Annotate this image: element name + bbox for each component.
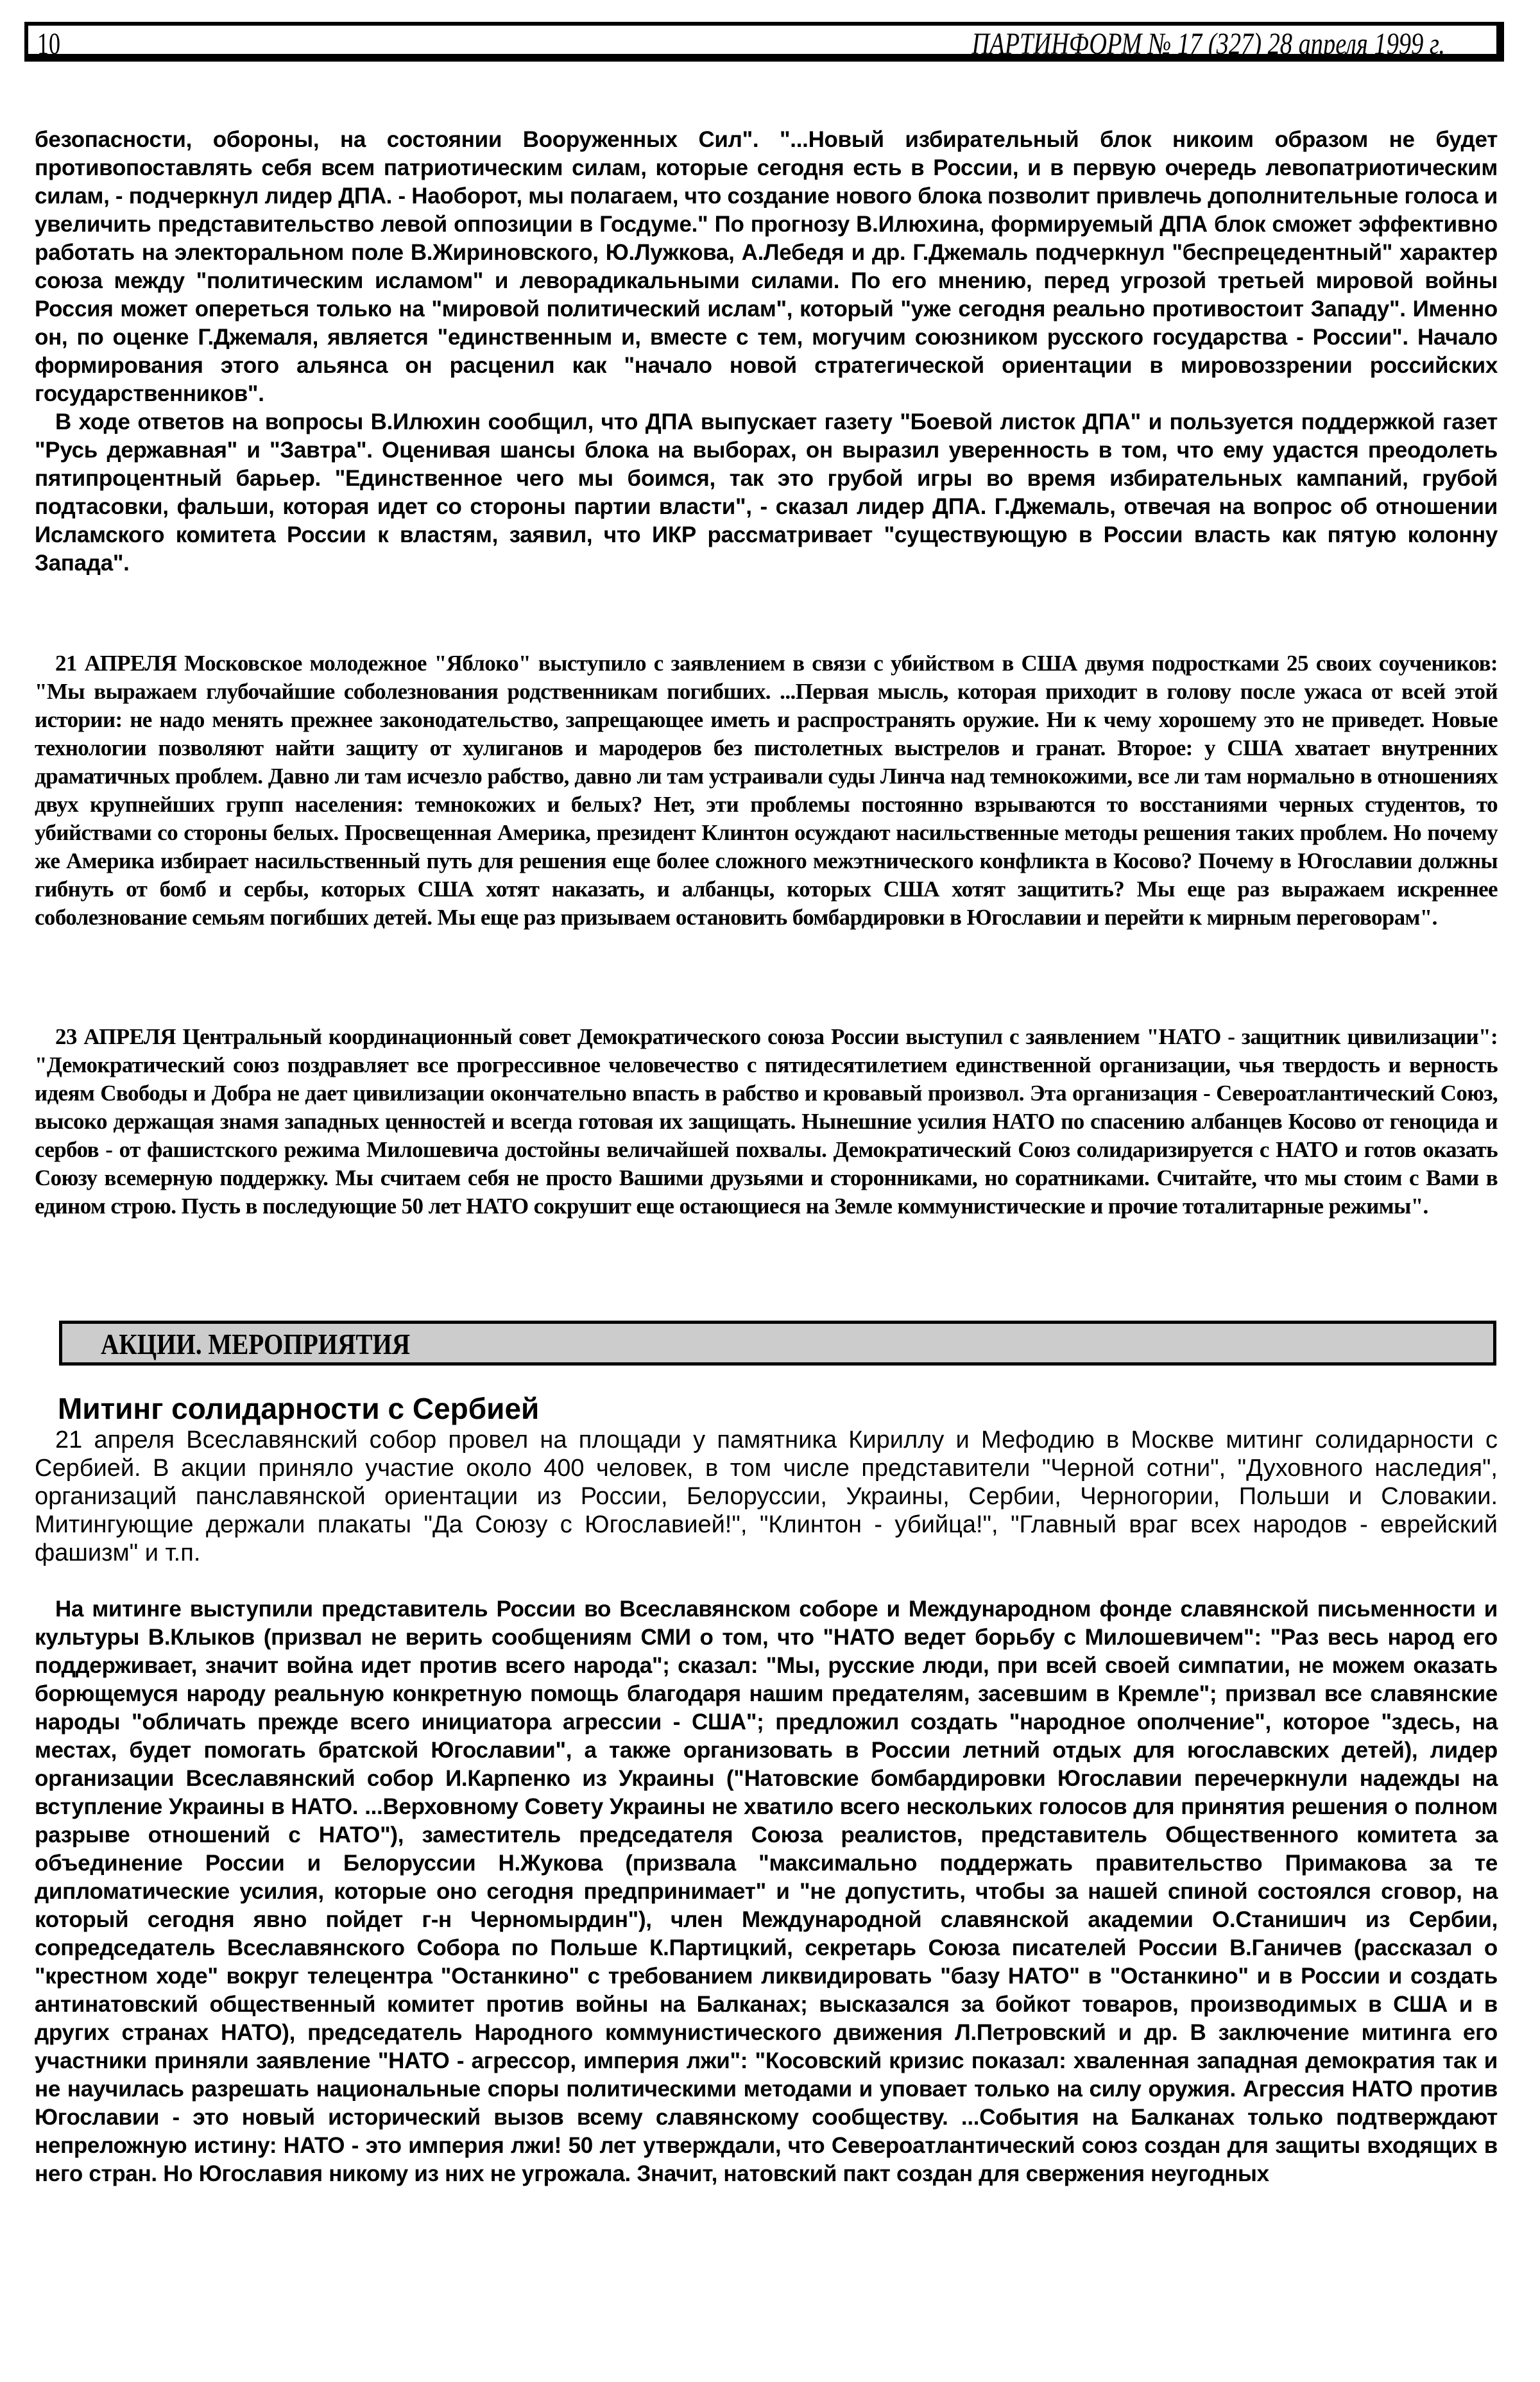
paragraph: На митинге выступили представитель Росси… xyxy=(35,1595,1498,2188)
article-body: На митинге выступили представитель Росси… xyxy=(35,1595,1498,2188)
section-header: АКЦИИ. МЕРОПРИЯТИЯ xyxy=(59,1321,1496,1366)
section-title: АКЦИИ. МЕРОПРИЯТИЯ xyxy=(101,1328,410,1361)
paragraph: 21 АПРЕЛЯ Московское молодежное "Яблоко"… xyxy=(35,649,1498,932)
paragraph: безопасности, обороны, на состоянии Воор… xyxy=(35,126,1498,408)
paragraph: 21 апреля Всеславянский собор провел на … xyxy=(35,1426,1498,1567)
news-item-april-21: 21 АПРЕЛЯ Московское молодежное "Яблоко"… xyxy=(35,649,1498,932)
news-item-april-23: 23 АПРЕЛЯ Центральный координационный со… xyxy=(35,1023,1498,1221)
page-header: 10 ПАРТИНФОРМ № 17 (327) 28 апреля 1999 … xyxy=(24,22,1504,62)
paragraph: В ходе ответов на вопросы В.Илюхин сообщ… xyxy=(35,408,1498,578)
issue-title: ПАРТИНФОРМ № 17 (327) 28 апреля 1999 г. xyxy=(971,28,1445,60)
page-number: 10 xyxy=(37,28,60,60)
article-title: Митинг солидарности с Сербией xyxy=(58,1391,539,1426)
top-article-continuation: безопасности, обороны, на состоянии Воор… xyxy=(35,126,1498,578)
paragraph: 23 АПРЕЛЯ Центральный координационный со… xyxy=(35,1023,1498,1221)
article-lead: 21 апреля Всеславянский собор провел на … xyxy=(35,1426,1498,1567)
